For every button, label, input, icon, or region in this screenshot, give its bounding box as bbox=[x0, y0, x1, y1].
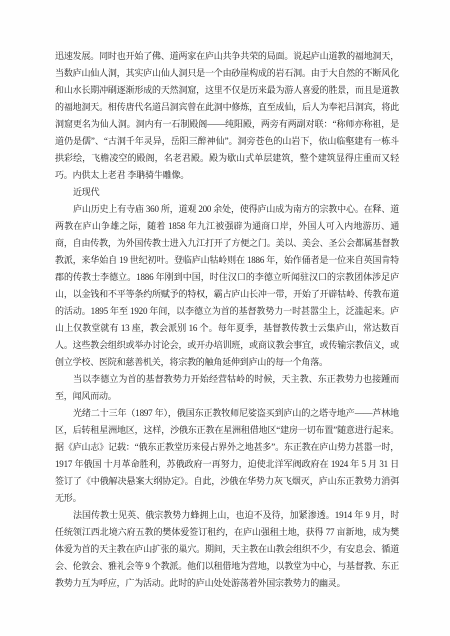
paragraph-french-catholic: 法国传教士见英、俄宗教势力蜂拥上山，也迫不及待，加紧渗透。1914 年 9 月，… bbox=[55, 507, 399, 592]
paragraph-catholic-orthodox-arrival: 当以李德立为首的基督教势力开始经营牯岭的时候，天主教、东正教势力也接踵而至，闻风… bbox=[55, 371, 399, 405]
paragraph-daoism-xianren-cave: 迅速发展。同时也开始了佛、道两家在庐山共争共荣的局面。说起庐山道教的福地洞天，当… bbox=[55, 48, 399, 184]
paragraph-russian-orthodox: 光绪二十三年（1897 年），俄国东正教牧师尼娑盗买到庐山的之塔寺地产——芦林地… bbox=[55, 405, 399, 507]
text-block: 迅速发展。同时也开始了佛、道两家在庐山共争共荣的局面。说起庐山道教的福地洞天，当… bbox=[55, 48, 399, 592]
document-page: 迅速发展。同时也开始了佛、道两家在庐山共争共荣的局面。说起庐山道教的福地洞天，当… bbox=[0, 0, 450, 636]
section-heading-modern-era: 近现代 bbox=[55, 184, 399, 201]
paragraph-christianity-lideli: 庐山历史上有寺庙 360 所，道观 200 余处，使得庐山成为南方的宗教中心。在… bbox=[55, 201, 399, 371]
